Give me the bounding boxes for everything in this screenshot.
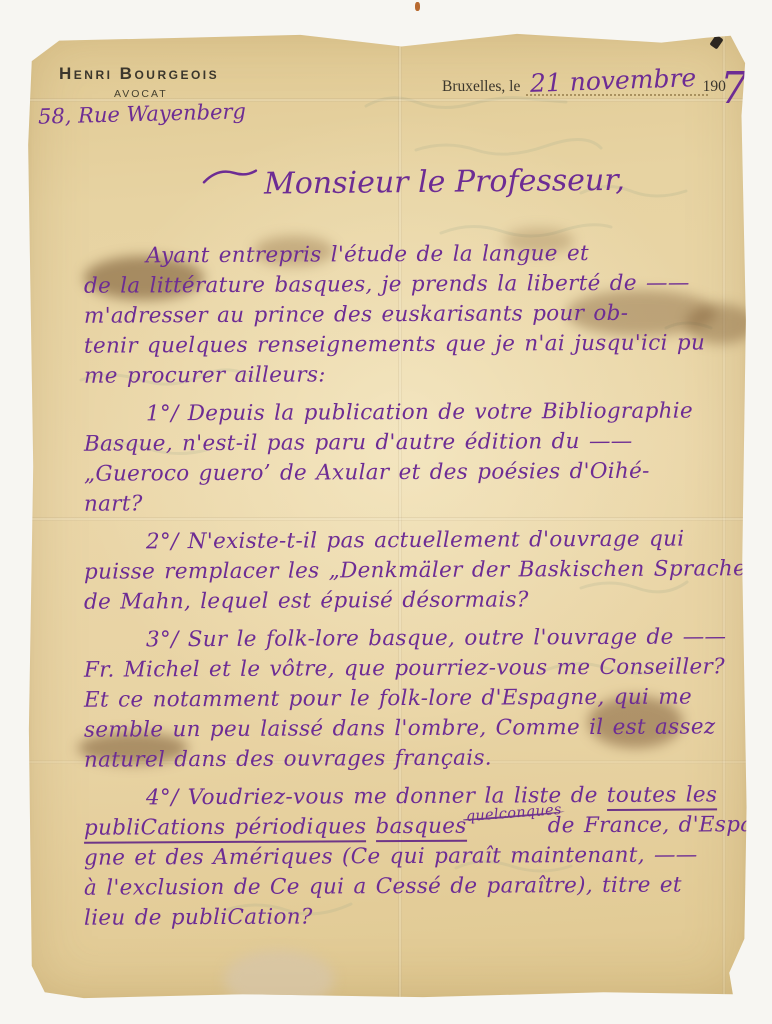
dust-speck <box>415 2 420 11</box>
paragraph: Ayant entrepris l'étude de la langue etd… <box>84 240 736 390</box>
text-segment: Fr. Michel et le vôtre, que pourriez-vou… <box>84 654 725 682</box>
city-label: Bruxelles, le <box>442 78 520 95</box>
handwritten-line: „Gueroco guero’ de Axular et des poésies… <box>84 456 736 489</box>
text-segment: de la littérature basques, je prends la … <box>84 271 690 299</box>
handwritten-line: Basque, n'est-il pas paru d'autre éditio… <box>84 426 736 459</box>
handwritten-line: gne et des Amériques (Ce qui paraît main… <box>84 840 736 873</box>
paragraph: 4°/ Voudriez-vous me donner la liste de … <box>84 782 736 932</box>
handwritten-line: Ayant entrepris l'étude de la langue et <box>84 238 736 271</box>
text-segment: naturel dans des ouvrages français. <box>84 746 492 773</box>
text-segment: de France, d'Espa- <box>539 812 762 838</box>
dotted-rule <box>526 94 708 96</box>
pen-flourish <box>202 166 258 189</box>
text-segment: nart? <box>84 491 143 516</box>
handwritten-line: 4°/ Voudriez-vous me donner la liste de … <box>84 780 736 813</box>
text-segment: 1°/ Depuis la publication de votre Bibli… <box>146 399 693 427</box>
salutation: Monsieur le Professeur, <box>202 162 625 202</box>
handwritten-line: lieu de publiCation? <box>84 900 736 933</box>
handwritten-line: 1°/ Depuis la publication de votre Bibli… <box>84 396 736 429</box>
handwritten-line: Fr. Michel et le vôtre, que pourriez-vou… <box>84 652 736 685</box>
handwritten-line: publiCations périodiques basquesquelconq… <box>84 810 736 843</box>
text-segment: puisse remplacer les „Denkmäler der Bask… <box>84 556 757 585</box>
date-period: . <box>748 72 755 97</box>
letterhead-title: AVOCAT <box>114 88 168 100</box>
text-segment: de Mahn, lequel est épuisé désormais? <box>84 587 529 614</box>
handwritten-line: tenir quelques renseignements que je n'a… <box>84 328 736 361</box>
handwritten-line: de la littérature basques, je prends la … <box>84 268 736 301</box>
letterhead-name: Henri Bourgeois <box>59 64 219 84</box>
handwritten-line: à l'exclusion de Ce qui a Cessé de paraî… <box>84 870 736 903</box>
handwritten-line: naturel dans des ouvrages français. <box>84 742 736 775</box>
text-segment: „Gueroco guero’ de Axular et des poésies… <box>84 459 650 487</box>
salutation-text: Monsieur le Professeur, <box>264 163 625 202</box>
text-segment: 3°/ Sur le folk-lore basque, outre l'ouv… <box>146 624 726 652</box>
text-segment: basques <box>375 814 466 842</box>
letter-body: Ayant entrepris l'étude de la langue etd… <box>26 240 748 932</box>
text-segment: lieu de publiCation? <box>84 905 313 931</box>
text-segment: Et ce notamment pour le folk-lore d'Espa… <box>84 685 692 713</box>
handwritten-line: puisse remplacer les „Denkmäler der Bask… <box>84 554 736 587</box>
text-segment: gne et des Amériques (Ce qui paraît main… <box>84 842 698 870</box>
text-segment: tenir quelques renseignements que je n'a… <box>84 330 705 358</box>
text-segment: 2°/ N'existe-t-il pas actuellement d'ouv… <box>146 527 685 555</box>
handwritten-line: me procurer ailleurs: <box>84 358 736 391</box>
text-segment: publiCations périodiques <box>84 814 367 843</box>
handwritten-line: 3°/ Sur le folk-lore basque, outre l'ouv… <box>84 622 736 655</box>
bleached-patch <box>224 950 334 1008</box>
text-segment: semble un peu laissé dans l'ombre, Comme… <box>84 714 716 742</box>
dateline: Bruxelles, le21 novembre1907. <box>442 68 755 97</box>
handwritten-date: 21 novembre <box>530 63 697 98</box>
text-segment: Ayant entrepris l'étude de la langue et <box>146 241 589 268</box>
scanned-letter: Henri Bourgeois AVOCAT 58, Rue Wayenberg… <box>0 0 772 1024</box>
text-segment: me procurer ailleurs: <box>84 362 326 388</box>
handwritten-line: nart? <box>84 486 736 519</box>
handwritten-line: Et ce notamment pour le folk-lore d'Espa… <box>84 682 736 715</box>
handwritten-line: m'adresser au prince des euskarisants po… <box>84 298 736 331</box>
paragraph: 1°/ Depuis la publication de votre Bibli… <box>84 398 736 518</box>
handwritten-line: semble un peu laissé dans l'ombre, Comme… <box>84 712 736 745</box>
text-segment: m'adresser au prince des euskarisants po… <box>84 301 628 329</box>
text-segment: à l'exclusion de Ce qui a Cessé de paraî… <box>84 873 682 901</box>
text-segment: toutes les <box>607 782 717 811</box>
handwritten-line: de Mahn, lequel est épuisé désormais? <box>84 584 736 617</box>
text-segment: Basque, n'est-il pas paru d'autre éditio… <box>84 429 633 457</box>
paragraph: 3°/ Sur le folk-lore basque, outre l'ouv… <box>84 624 736 774</box>
paragraph: 2°/ N'existe-t-il pas actuellement d'ouv… <box>84 526 736 616</box>
text-segment <box>366 814 375 839</box>
letterhead-address: 58, Rue Wayenberg <box>38 99 247 128</box>
paper: Henri Bourgeois AVOCAT 58, Rue Wayenberg… <box>26 28 748 1002</box>
handwritten-line: 2°/ N'existe-t-il pas actuellement d'ouv… <box>84 524 736 557</box>
